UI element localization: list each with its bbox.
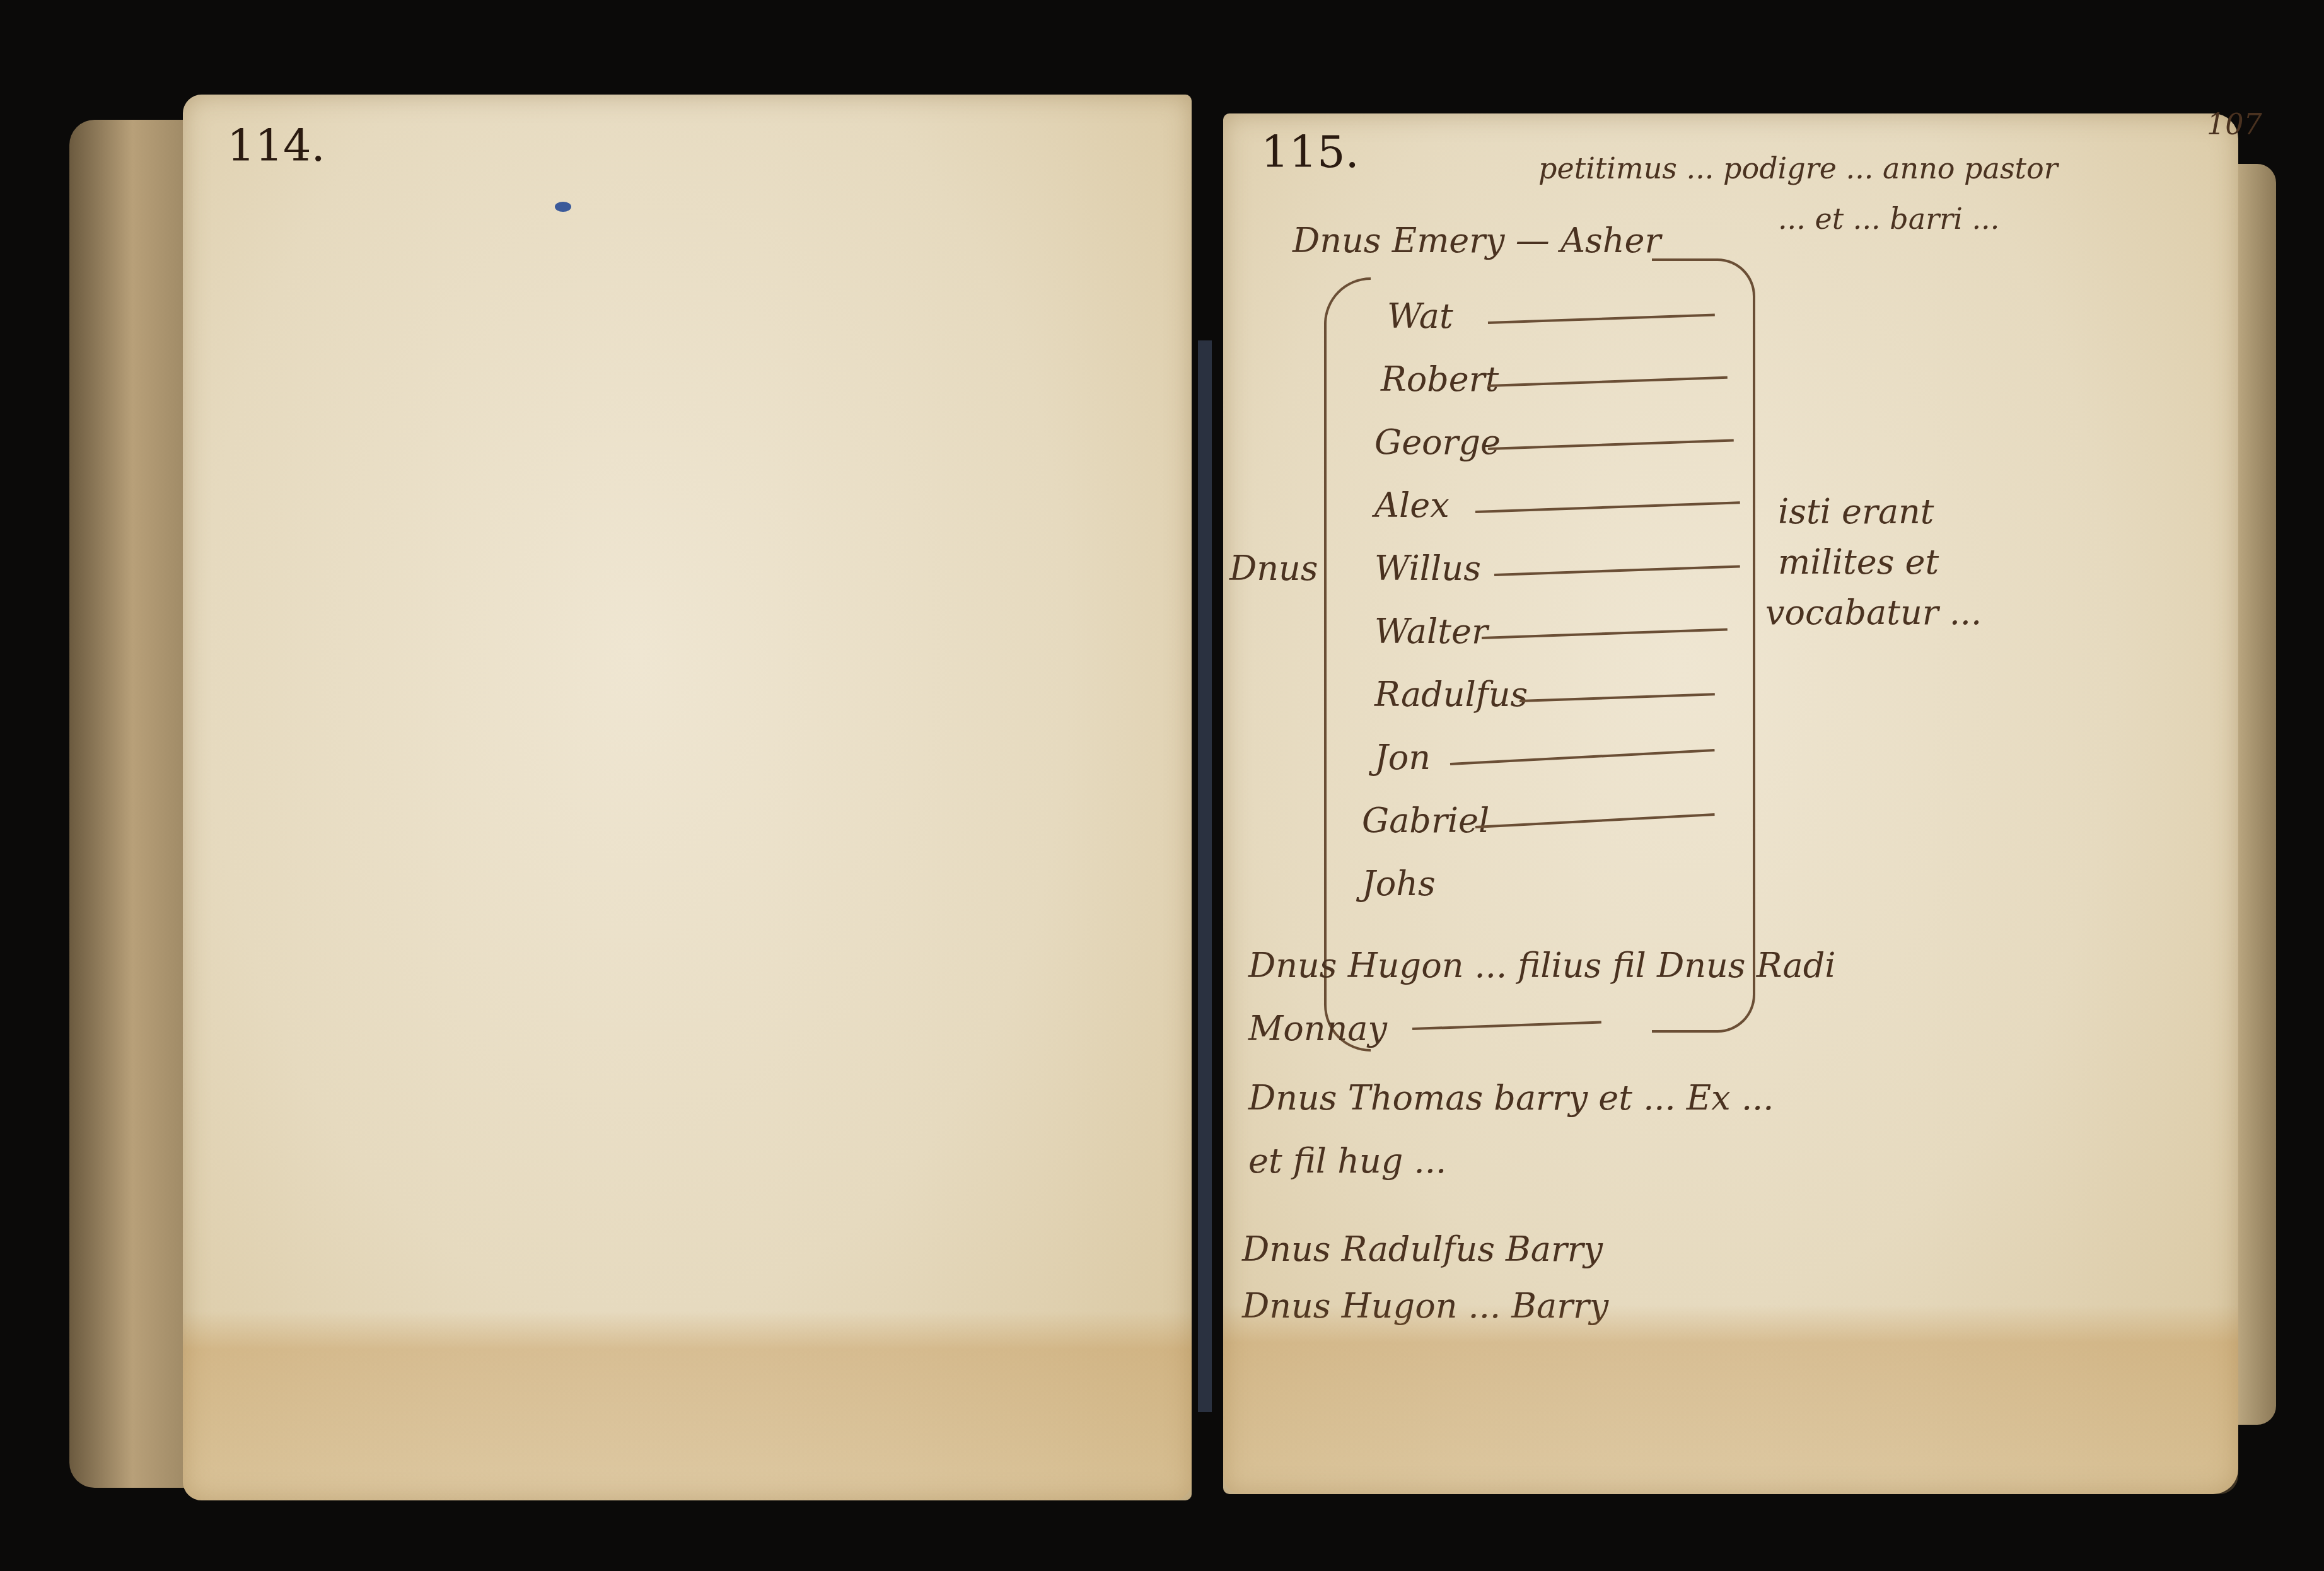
side-note-2: milites et — [1778, 542, 1939, 582]
ink-blot — [555, 202, 571, 212]
corner-number: 107 — [2207, 107, 2262, 141]
left-bracket — [1324, 277, 1371, 1052]
entry-1: Dnus Hugon ... filius fil Dnus Radi — [1248, 946, 1836, 985]
left-page: 114. — [183, 95, 1192, 1500]
spine-thread — [1198, 340, 1212, 1412]
son-7: Radulfus — [1374, 675, 1528, 714]
son-1: Wat — [1387, 296, 1453, 336]
sons-label: Dnus — [1229, 548, 1318, 588]
folio-number-left: 114. — [227, 120, 325, 171]
rule — [1412, 1021, 1601, 1030]
son-6: Walter — [1374, 612, 1488, 651]
entry-2: Monnay — [1248, 1009, 1387, 1048]
son-4: Alex — [1374, 485, 1450, 525]
patriarch: Dnus Emery — Asher — [1293, 221, 1661, 260]
right-bracket — [1652, 258, 1755, 1033]
entry-5: Dnus Radulfus Barry — [1242, 1229, 1603, 1269]
son-10: Johs — [1362, 864, 1436, 903]
son-5: Willus — [1374, 548, 1481, 588]
son-9: Gabriel — [1362, 801, 1489, 840]
entry-3: Dnus Thomas barry et ... Ex ... — [1248, 1078, 1774, 1118]
water-stain — [183, 1311, 1192, 1500]
open-book: 114. 115. 107 petitimus ... podigre ... … — [69, 88, 2276, 1526]
side-note-1: isti erant — [1778, 492, 1934, 531]
right-page: 115. 107 petitimus ... podigre ... anno … — [1223, 113, 2238, 1494]
heading-line-2: ... et ... barri ... — [1778, 202, 1999, 236]
heading-line-1: petitimus ... podigre ... anno pastor — [1538, 151, 2058, 185]
son-2: Robert — [1381, 359, 1499, 399]
entry-4: et fil hug ... — [1248, 1141, 1446, 1181]
son-3: George — [1374, 422, 1501, 462]
water-stain — [1223, 1305, 2238, 1494]
folio-number-right: 115. — [1261, 126, 1359, 178]
son-8: Jon — [1374, 738, 1431, 777]
side-note-3: vocabatur ... — [1765, 593, 1982, 632]
